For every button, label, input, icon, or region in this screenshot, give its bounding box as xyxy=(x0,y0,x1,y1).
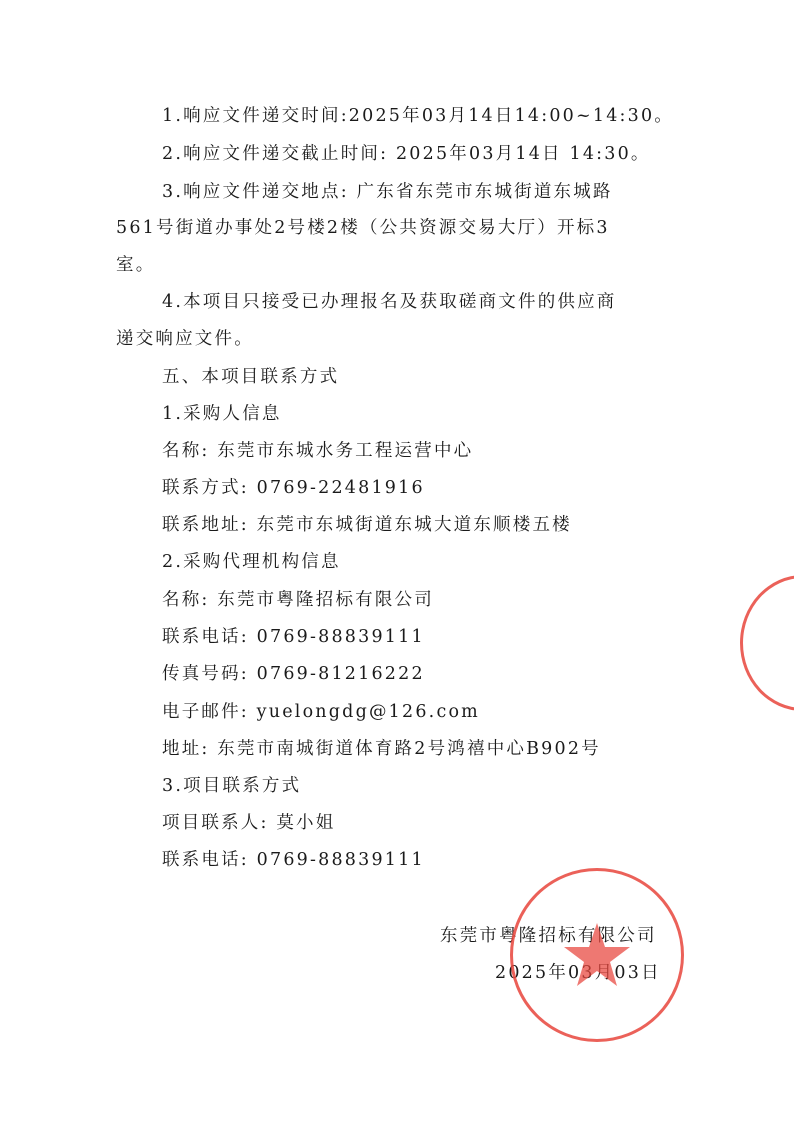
submission-location-line1: 3.响应文件递交地点: 广东省东莞市东城街道东城路 xyxy=(162,184,613,202)
eligibility-line2: 递交响应文件。 xyxy=(116,331,254,349)
company-seal xyxy=(510,868,684,1042)
project-contact-phone: 联系电话: 0769-88839111 xyxy=(162,852,425,870)
submission-time: 1.响应文件递交时间:2025年03月14日14:00~14:30。 xyxy=(162,108,674,126)
project-contact-heading: 3.项目联系方式 xyxy=(162,778,301,796)
agency-phone: 联系电话: 0769-88839111 xyxy=(162,629,425,647)
agency-heading: 2.采购代理机构信息 xyxy=(162,554,341,572)
signature-company: 东莞市粤隆招标有限公司 xyxy=(440,928,657,946)
agency-name: 名称: 东莞市粤隆招标有限公司 xyxy=(162,592,434,610)
agency-fax: 传真号码: 0769-81216222 xyxy=(162,666,425,684)
signature-date: 2025年03月03日 xyxy=(495,965,661,983)
purchaser-name: 名称: 东莞市东城水务工程运营中心 xyxy=(162,443,473,461)
project-contact-person: 项目联系人: 莫小姐 xyxy=(162,815,335,833)
document-page: 1.响应文件递交时间:2025年03月14日14:00~14:30。 2.响应文… xyxy=(0,0,794,1123)
submission-deadline: 2.响应文件递交截止时间: 2025年03月14日 14:30。 xyxy=(162,146,651,164)
edge-seal xyxy=(740,575,794,711)
eligibility-line1: 4.本项目只接受已办理报名及获取磋商文件的供应商 xyxy=(162,294,617,312)
purchaser-address: 联系地址: 东莞市东城街道东城大道东顺楼五楼 xyxy=(162,517,572,535)
submission-location-line2: 561号街道办事处2号楼2楼（公共资源交易大厅）开标3 xyxy=(116,220,610,238)
agency-email: 电子邮件: yuelongdg@126.com xyxy=(162,704,480,722)
agency-address: 地址: 东莞市南城街道体育路2号鸿禧中心B902号 xyxy=(162,741,601,759)
submission-location-line3: 室。 xyxy=(116,257,155,275)
purchaser-contact: 联系方式: 0769-22481916 xyxy=(162,480,425,498)
section5-heading: 五、本项目联系方式 xyxy=(162,369,339,387)
purchaser-heading: 1.采购人信息 xyxy=(162,406,282,424)
seal-star-icon xyxy=(513,871,681,1039)
